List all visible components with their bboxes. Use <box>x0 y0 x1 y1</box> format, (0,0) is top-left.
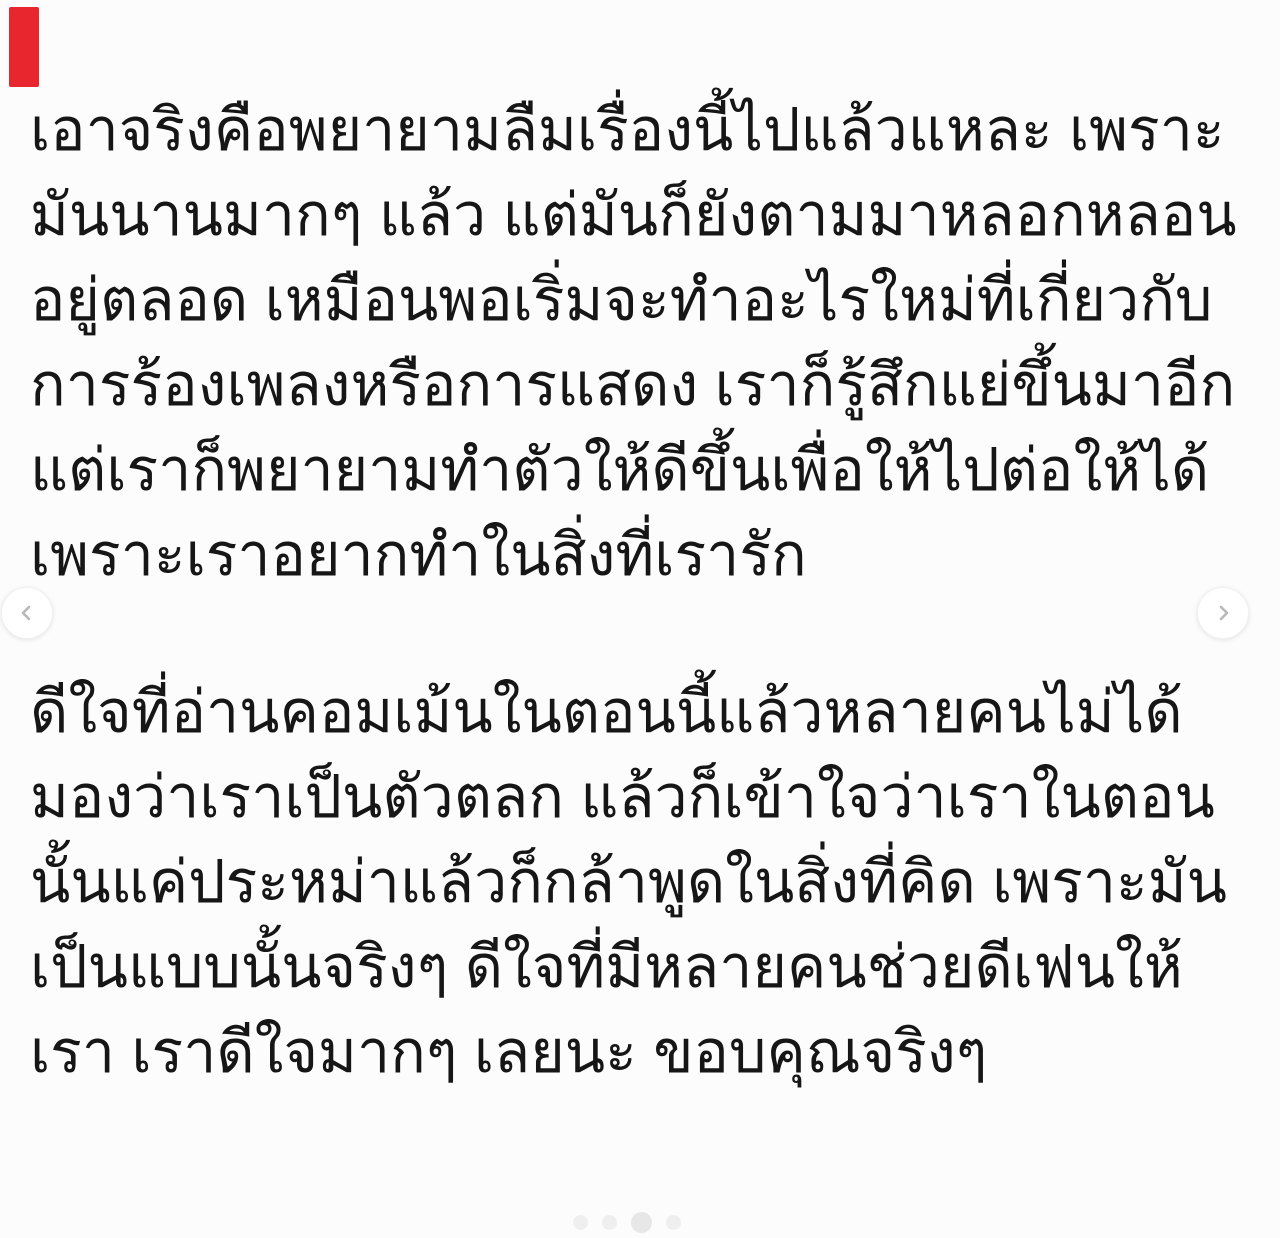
carousel-dot <box>602 1215 617 1230</box>
caption-line: แต่เราก็พยายามทำตัวให้ดีขึ้นเพื่อให้ไปต่… <box>30 428 1280 513</box>
carousel-dot <box>666 1215 681 1230</box>
chevron-right-icon <box>1211 601 1235 625</box>
caption-line: เอาจริงคือพยายามลืมเรื่องนี้ไปแล้วแหละ เ… <box>30 88 1280 173</box>
caption-line: นั้นแค่ประหม่าแล้วก็กล้าพูดในสิ่งที่คิด … <box>30 840 1280 925</box>
carousel-dot <box>573 1215 588 1230</box>
caption-paragraph-1: เอาจริงคือพยายามลืมเรื่องนี้ไปแล้วแหละ เ… <box>30 88 1280 598</box>
carousel-dot-active <box>631 1212 652 1233</box>
carousel-slide: เอาจริงคือพยายามลืมเรื่องนี้ไปแล้วแหละ เ… <box>0 0 1280 1238</box>
caption-line: เพราะเราอยากทำในสิ่งที่เรารัก <box>30 513 1280 598</box>
caption-line: เรา เราดีใจมากๆ เลยนะ ขอบคุณจริงๆ <box>30 1010 1280 1095</box>
carousel-prev-button[interactable] <box>1 587 53 639</box>
caption-line: มองว่าเราเป็นตัวตลก แล้วก็เข้าใจว่าเราใน… <box>30 755 1280 840</box>
caption-line: อยู่ตลอด เหมือนพอเริ่มจะทำอะไรใหม่ที่เกี… <box>30 258 1280 343</box>
carousel-dots <box>573 1212 681 1233</box>
caption-line: การร้องเพลงหรือการแสดง เราก็รู้สึกแย่ขึ้… <box>30 343 1280 428</box>
chevron-left-icon <box>15 601 39 625</box>
caption-line: ดีใจที่อ่านคอมเม้นในตอนนี้แล้วหลายคนไม่ไ… <box>30 670 1280 755</box>
caption-line: เป็นแบบนั้นจริงๆ ดีใจที่มีหลายคนช่วยดีเฟ… <box>30 925 1280 1010</box>
red-marker <box>9 7 39 87</box>
carousel-next-button[interactable] <box>1197 587 1249 639</box>
caption-paragraph-2: ดีใจที่อ่านคอมเม้นในตอนนี้แล้วหลายคนไม่ไ… <box>30 670 1280 1095</box>
caption-line: มันนานมากๆ แล้ว แต่มันก็ยังตามมาหลอกหลอน <box>30 173 1280 258</box>
